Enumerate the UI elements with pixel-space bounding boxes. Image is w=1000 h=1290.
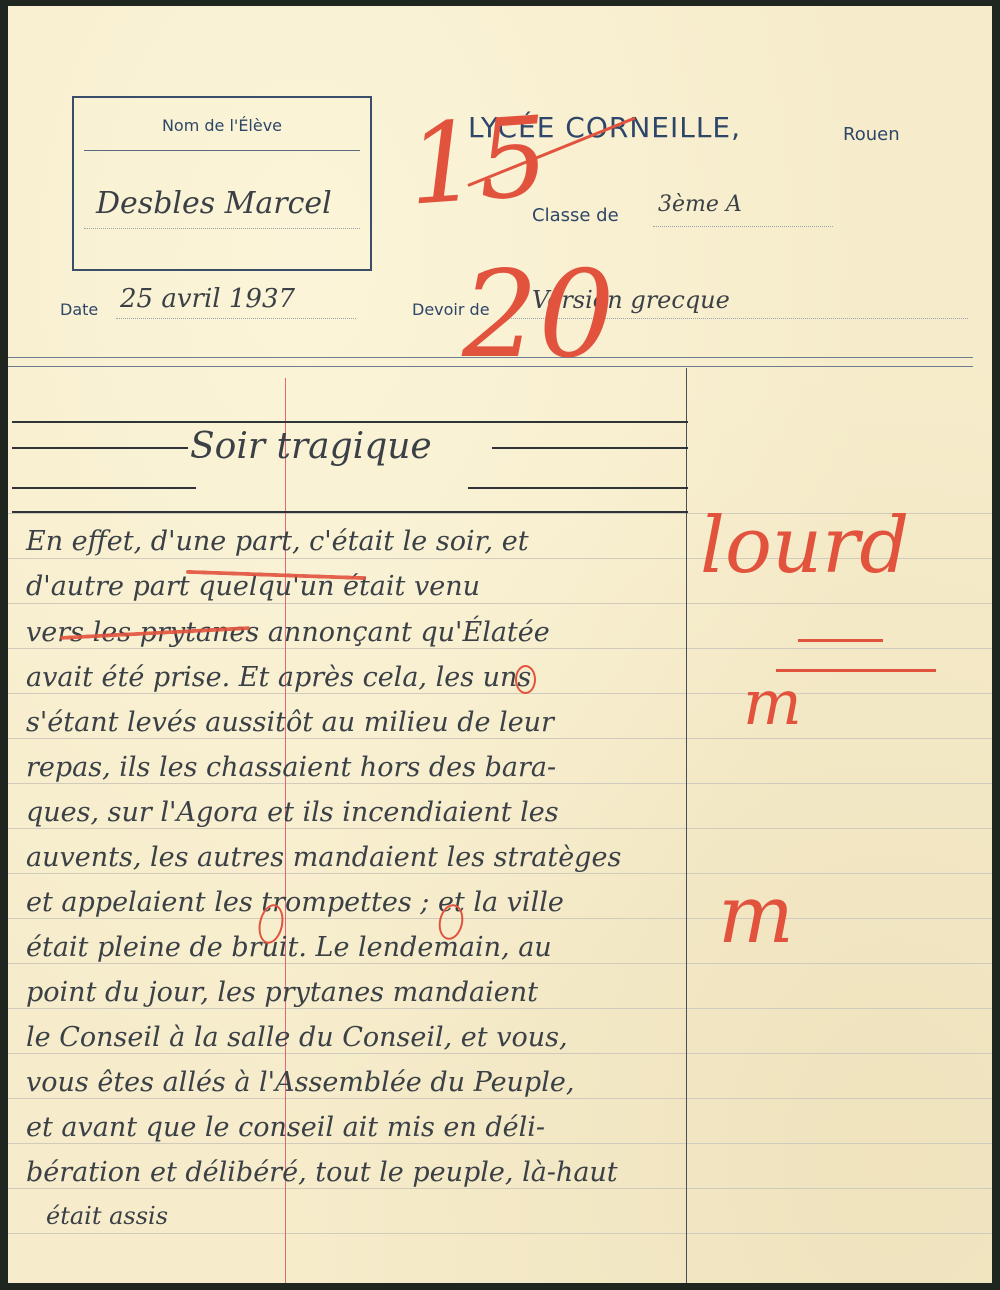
correction-circle [515, 665, 536, 694]
essay-line: vers les prytanes annonçant qu'Élatée [26, 617, 550, 648]
title-frame-left-upper [12, 447, 188, 449]
essay-line: avait été prise. Et après cela, les uns [26, 662, 531, 693]
ruled-line [8, 693, 992, 694]
classe-value: 3ème A [658, 192, 742, 217]
classe-dotted-line [653, 226, 833, 227]
ruled-line [8, 963, 992, 964]
name-box-divider [84, 150, 360, 151]
ruled-line [8, 738, 992, 739]
essay-line: était pleine de bruit. Le lendemain, au [26, 932, 552, 963]
ruled-line [8, 1233, 992, 1234]
ruled-line [8, 1188, 992, 1189]
margin-mark-m: m [718, 868, 794, 961]
essay-line: et avant que le conseil ait mis en déli- [26, 1112, 545, 1143]
essay-line: bération et délibéré, tout le peuple, là… [26, 1157, 618, 1188]
ruled-line [8, 828, 992, 829]
date-value: 25 avril 1937 [120, 284, 295, 314]
date-dotted-line [116, 318, 356, 319]
ruled-line [8, 648, 992, 649]
essay-line: point du jour, les prytanes mandaient [26, 977, 538, 1008]
student-name-box: Nom de l'Élève Desbles Marcel [72, 96, 372, 271]
essay-line: En effet, d'une part, c'était le soir, e… [26, 526, 529, 557]
title-frame-top [12, 421, 688, 423]
essay-line: auvents, les autres mandaient les stratè… [26, 842, 621, 873]
name-dotted-line [84, 228, 360, 229]
title-frame-left-lower [12, 487, 196, 489]
essay-line: le Conseil à la salle du Conseil, et vou… [26, 1022, 568, 1053]
title-frame-right-upper [492, 447, 688, 449]
essay-title: Soir tragique [190, 426, 432, 467]
name-box-label: Nom de l'Élève [74, 116, 370, 135]
ruled-line [8, 1053, 992, 1054]
student-name: Desbles Marcel [96, 186, 332, 221]
essay-line: repas, ils les chassaient hors des bara- [26, 752, 556, 783]
exam-sheet: Nom de l'Élève Desbles Marcel LYCÉE CORN… [8, 6, 992, 1283]
ruled-line [8, 1098, 992, 1099]
essay-line: était assis [46, 1202, 168, 1230]
essay-line: s'étant levés aussitôt au milieu de leur [26, 707, 554, 738]
essay-line: vous êtes allés à l'Assemblée du Peuple, [26, 1067, 574, 1098]
ruled-line [8, 873, 992, 874]
ruled-line [8, 918, 992, 919]
school-city: Rouen [843, 124, 900, 145]
red-margin-rule [285, 378, 286, 1283]
margin-comment-lourd: lourd [700, 501, 909, 591]
margin-mark-m: m [743, 666, 802, 739]
margin-mark-bar [798, 639, 883, 642]
ruled-line [8, 1008, 992, 1009]
ruled-line [8, 1143, 992, 1144]
ruled-line [8, 783, 992, 784]
title-frame-bottom [12, 511, 688, 513]
essay-line: ques, sur l'Agora et ils incendiaient le… [26, 797, 559, 828]
essay-line: et appelaient les trompettes ; et la vil… [26, 887, 564, 918]
date-label: Date [60, 300, 98, 319]
right-column-rule [686, 368, 687, 1283]
title-frame-right-lower [468, 487, 688, 489]
grade-out-of: 20 [462, 256, 615, 376]
ruled-line [8, 603, 992, 604]
